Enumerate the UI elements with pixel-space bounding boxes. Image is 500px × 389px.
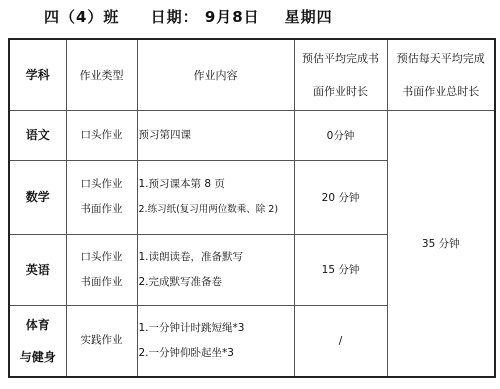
type-label: 口头作业 (67, 123, 137, 148)
subject-label: 英语 (10, 254, 66, 286)
homework-table: 学科 作业类型 作业内容 预估平均完成书 面作业时长 预估每天平均完成 书面作业… (8, 38, 496, 378)
type-cell: 口头作业 (66, 110, 137, 160)
content-cell: 1.预习课本第 8 页 2.练习纸(复习用两位数乘、除 2) (137, 160, 294, 234)
col-header-type: 作业类型 (66, 39, 137, 110)
header-line: 书面作业总时长 (388, 75, 495, 108)
type-label: 书面作业 (67, 270, 137, 295)
type-cell: 口头作业 书面作业 (66, 160, 137, 234)
content-line: 2.一分钟仰卧起坐*3 (139, 341, 294, 366)
table-row: 语文 口头作业 预习第四课 0分钟 35 分钟 (9, 110, 495, 160)
date-value: 9月8日 (205, 6, 260, 27)
content-cell: 预习第四课 (137, 110, 294, 160)
type-label: 实践作业 (67, 328, 137, 353)
duration-cell: 0分钟 (294, 110, 387, 160)
type-label: 口头作业 (67, 245, 137, 270)
subject-cell: 语文 (9, 110, 66, 160)
content-line: 2.练习纸(复习用两位数乘、除 2) (139, 197, 294, 222)
col-header-daily-total: 预估每天平均完成 书面作业总时长 (387, 39, 495, 110)
weekday: 星期四 (285, 6, 333, 27)
header-line: 面作业时长 (295, 75, 387, 108)
type-cell: 实践作业 (66, 305, 137, 377)
subject-label: 语文 (10, 119, 66, 151)
subject-label: 数学 (10, 181, 66, 213)
duration-cell: 20 分钟 (294, 160, 387, 234)
content-line: 2.完成默写准备卷 (139, 270, 294, 295)
date-label: 日期： (151, 6, 199, 27)
col-header-subject: 学科 (9, 39, 66, 110)
page-title: 四（4）班 日期： 9月8日 星期四 (44, 6, 333, 27)
daily-total-cell: 35 分钟 (387, 110, 495, 377)
subject-label: 与健身 (10, 341, 66, 373)
subject-label: 体育 (10, 309, 66, 341)
type-label: 书面作业 (67, 197, 137, 222)
content-cell: 1.一分钟计时跳短绳*3 2.一分钟仰卧起坐*3 (137, 305, 294, 377)
header-line: 预估平均完成书 (295, 42, 387, 75)
header-line: 预估每天平均完成 (388, 42, 495, 75)
content-line: 1.读朗读卷，准备默写 (139, 245, 294, 270)
col-header-content: 作业内容 (137, 39, 294, 110)
type-cell: 口头作业 书面作业 (66, 234, 137, 305)
subject-cell: 数学 (9, 160, 66, 234)
content-line: 1.一分钟计时跳短绳*3 (139, 316, 294, 341)
class-name: 四（4）班 (44, 6, 119, 27)
table-header-row: 学科 作业类型 作业内容 预估平均完成书 面作业时长 预估每天平均完成 书面作业… (9, 39, 495, 110)
content-cell: 1.读朗读卷，准备默写 2.完成默写准备卷 (137, 234, 294, 305)
duration-cell: / (294, 305, 387, 377)
type-label: 口头作业 (67, 172, 137, 197)
duration-cell: 15 分钟 (294, 234, 387, 305)
subject-cell: 英语 (9, 234, 66, 305)
subject-cell: 体育 与健身 (9, 305, 66, 377)
content-line: 预习第四课 (139, 123, 294, 148)
col-header-duration: 预估平均完成书 面作业时长 (294, 39, 387, 110)
content-line: 1.预习课本第 8 页 (139, 172, 294, 197)
